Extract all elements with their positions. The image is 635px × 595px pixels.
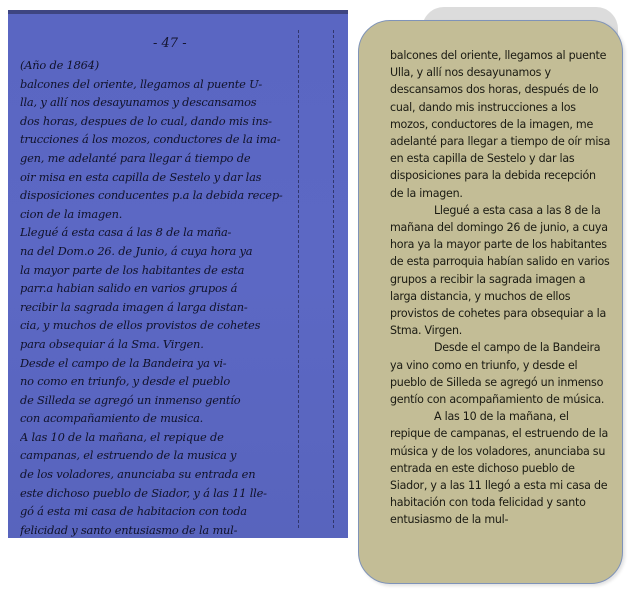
paragraph: balcones del oriente, llegamos al puente… — [390, 47, 612, 202]
manuscript-line: cion de la imagen. — [20, 205, 315, 224]
manuscript-line: gó á esta mi casa de habitacion con toda — [20, 502, 315, 521]
manuscript-image: - 47 - (Año de 1864) balcones del orient… — [8, 10, 348, 538]
manuscript-line: na del Dom.o 26. de Junio, á cuya hora y… — [20, 242, 315, 261]
manuscript-line: Llegué á esta casa á las 8 de la maña- — [20, 223, 315, 242]
manuscript-line: con acompañamiento de musica. — [20, 409, 315, 428]
manuscript-line: parr.a habian salido en varios grupos á — [20, 279, 315, 298]
manuscript-line: de Silleda se agregó un inmenso gentío — [20, 391, 315, 410]
handwritten-text: (Año de 1864) balcones del oriente, lleg… — [20, 56, 315, 538]
manuscript-line: felicidad y santo entusiasmo de la mul- — [20, 521, 315, 538]
manuscript-line: disposiciones conducentes p.a la debida … — [20, 186, 315, 205]
manuscript-line: campanas, el estruendo de la musica y — [20, 446, 315, 465]
margin-line — [333, 30, 335, 528]
manuscript-line: Desde el campo de la Bandeira ya vi- — [20, 354, 315, 373]
manuscript-line: A las 10 de la mañana, el repique de — [20, 428, 315, 447]
page-number: - 47 - — [153, 36, 187, 51]
manuscript-line: para obsequiar á la Sma. Virgen. — [20, 335, 315, 354]
paragraph: Llegué a esta casa a las 8 de la mañana … — [390, 202, 612, 340]
manuscript-line: gen, me adelanté para llegar á tiempo de — [20, 149, 315, 168]
manuscript-line: la mayor parte de los habitantes de esta — [20, 261, 315, 280]
paragraph: Desde el campo de la Bandeira ya vino co… — [390, 339, 612, 408]
manuscript-line: lla, y allí nos desayunamos y descansamo… — [20, 93, 315, 112]
manuscript-line: recibir la sagrada imagen á larga distan… — [20, 298, 315, 317]
manuscript-line: este dichoso pueblo de Siador, y á las 1… — [20, 484, 315, 503]
manuscript-line: de los voladores, anunciaba su entrada e… — [20, 465, 315, 484]
manuscript-line: dos horas, despues de lo cual, dando mis… — [20, 112, 315, 131]
manuscript-line: oir misa en esta capilla de Sestelo y da… — [20, 168, 315, 187]
transcription-box: balcones del oriente, llegamos al puente… — [358, 20, 623, 584]
manuscript-line: cia, y muchos de ellos provistos de cohe… — [20, 316, 315, 335]
manuscript-line: (Año de 1864) — [20, 56, 315, 75]
manuscript-line: trucciones á los mozos, conductores de l… — [20, 130, 315, 149]
paragraph: A las 10 de la mañana, el repique de cam… — [390, 408, 612, 528]
manuscript-line: no como en triunfo, y desde el pueblo — [20, 372, 315, 391]
transcription-text: balcones del oriente, llegamos al puente… — [390, 47, 612, 552]
manuscript-line: balcones del oriente, llegamos al puente… — [20, 75, 315, 94]
scan-edge — [8, 10, 348, 14]
